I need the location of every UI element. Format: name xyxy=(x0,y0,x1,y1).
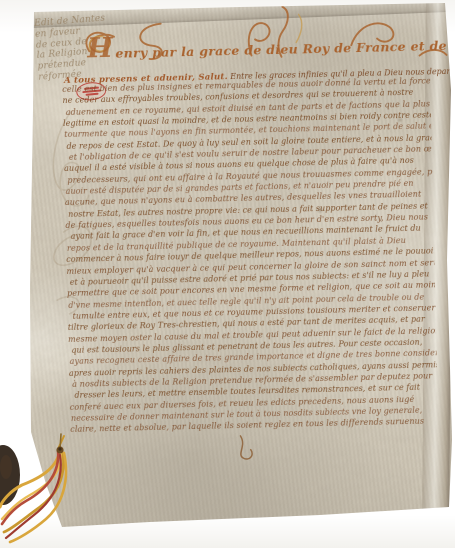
heading-initial: H xyxy=(87,33,113,65)
photo-background: Edit de Nantesen faveurde ceux dela Reli… xyxy=(0,0,455,548)
body-text: celle est bien des plus insignes et rema… xyxy=(62,75,438,440)
wax-seal-fragment-icon xyxy=(0,445,20,505)
heading-text: enry par la grace de dieu Roy de France … xyxy=(115,36,455,60)
parchment-document: Edit de Nantesen faveurde ceux dela Reli… xyxy=(0,0,455,548)
ink-layer: Edit de Nantesen faveurde ceux dela Reli… xyxy=(0,0,455,548)
